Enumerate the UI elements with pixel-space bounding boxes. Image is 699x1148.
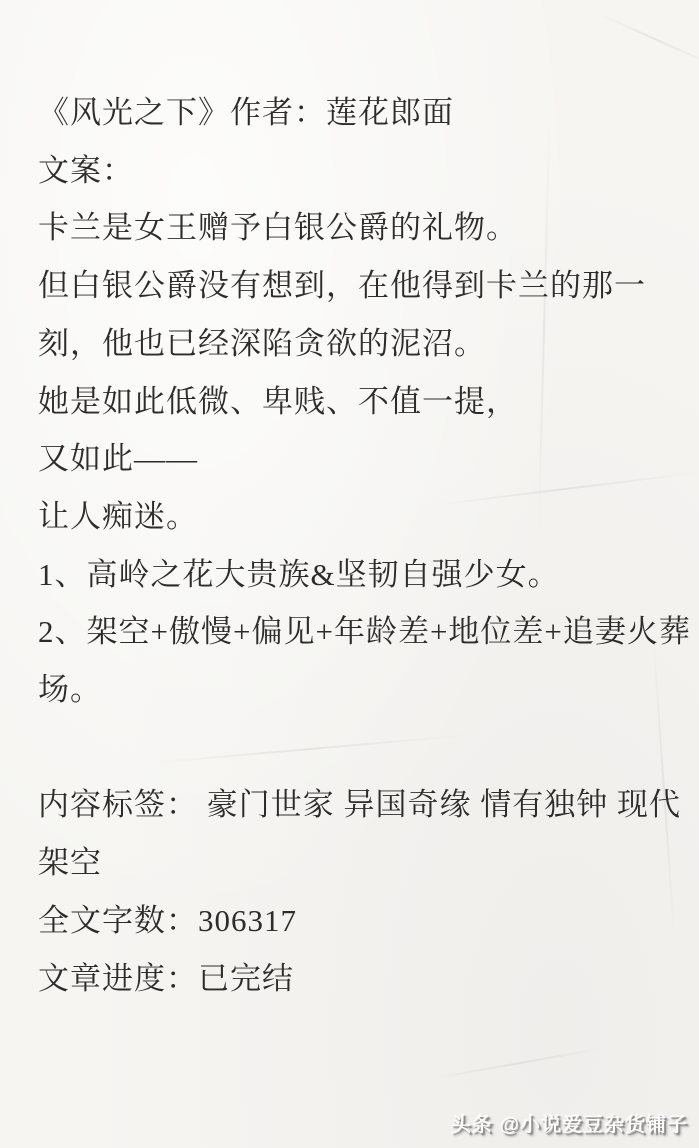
watermark: 头条 @小说爱豆杂货铺子: [451, 1108, 688, 1137]
title-author-line: 《风光之下》作者：莲花郎面: [38, 84, 698, 142]
synopsis-line: 让人痴迷。: [38, 488, 698, 546]
paper-crease: [431, 1046, 609, 1079]
synopsis-line: 又如此——: [38, 430, 698, 488]
watermark-handle: @小说爱豆杂货铺子: [499, 1114, 688, 1136]
word-count-value: 306317: [198, 903, 297, 938]
paper-crease: [595, 12, 699, 67]
synopsis-line: 她是如此低微、卑贱、不值一提，: [38, 373, 698, 431]
content-tags-line: 内容标签： 豪门世家 异国奇缘 情有独钟 现代: [38, 776, 698, 834]
synopsis-line: 卡兰是女王赠予白银公爵的礼物。: [38, 199, 698, 257]
watermark-platform: 头条: [451, 1114, 500, 1136]
book-description: 《风光之下》作者：莲花郎面 文案： 卡兰是女王赠予白银公爵的礼物。 但白银公爵没…: [38, 84, 698, 1007]
blank-line: [38, 719, 698, 777]
progress-line: 文章进度：已完结: [38, 950, 698, 1008]
word-count-label: 全文字数：: [38, 903, 198, 938]
synopsis-line: 场。: [38, 661, 698, 719]
progress-value: 已完结: [198, 961, 294, 996]
synopsis-line: 但白银公爵没有想到，在他得到卡兰的那一: [38, 257, 698, 315]
synopsis-label: 文案：: [38, 142, 698, 200]
synopsis-line: 1、高岭之花大贵族&坚韧自强少女。: [38, 546, 698, 604]
author-name: 莲花郎面: [326, 95, 454, 130]
author-label: 作者：: [230, 95, 326, 130]
book-title: 《风光之下》: [38, 95, 230, 130]
content-tags-line-wrap: 架空: [38, 834, 698, 892]
synopsis-line: 刻，他也已经深陷贪欲的泥沼。: [38, 315, 698, 373]
synopsis-line: 2、架空+傲慢+偏见+年龄差+地位差+追妻火葬: [38, 603, 698, 661]
paper-page: 《风光之下》作者：莲花郎面 文案： 卡兰是女王赠予白银公爵的礼物。 但白银公爵没…: [0, 0, 699, 1148]
word-count-line: 全文字数：306317: [38, 892, 698, 950]
progress-label: 文章进度：: [38, 961, 198, 996]
